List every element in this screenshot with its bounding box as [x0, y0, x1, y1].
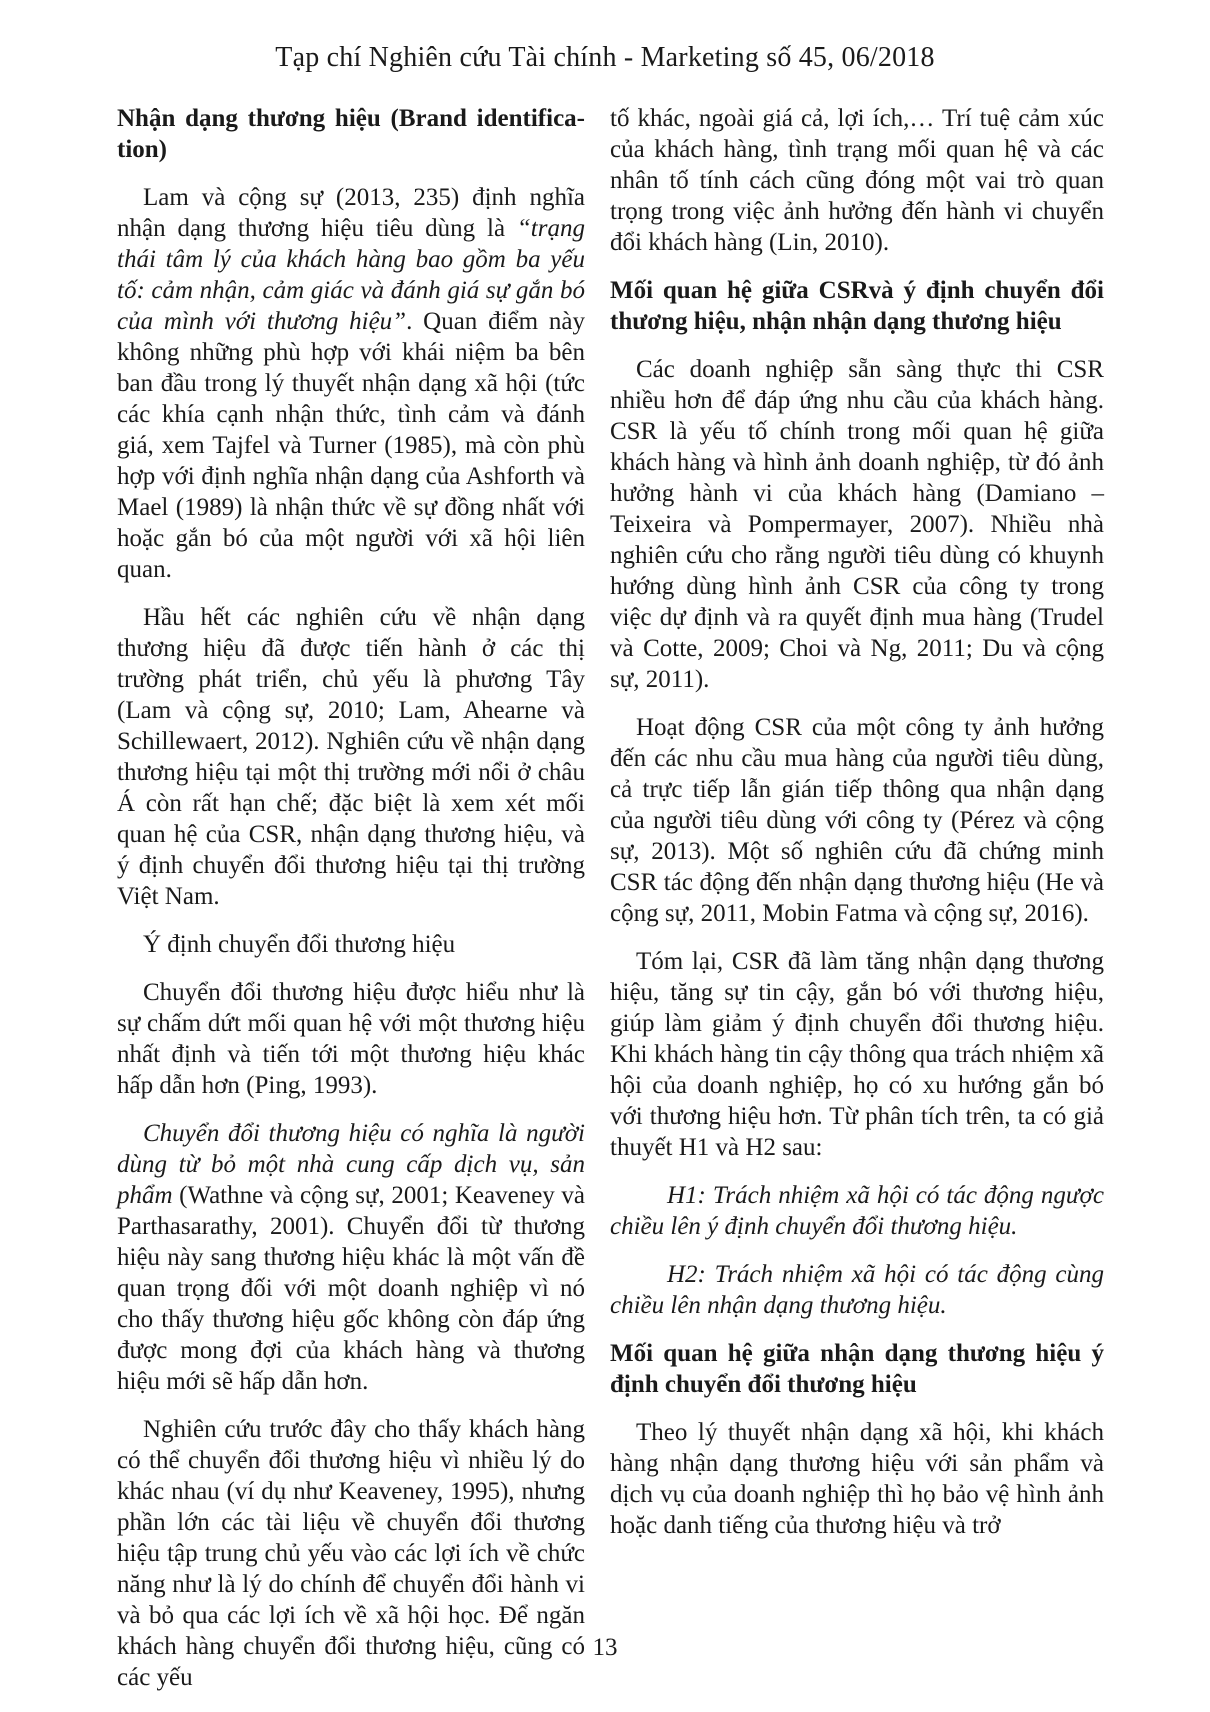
paragraph-switching-meaning: Chuyển đổi thương hiệu có nghĩa là người… — [117, 1118, 585, 1397]
section-heading-identification-switching-relationship: Mối quan hệ giữa nhận dạng thương hiệu ý… — [610, 1338, 1104, 1400]
journal-page: Tạp chí Nghiên cứu Tài chính - Marketing… — [0, 0, 1210, 1712]
heading-line: Mối quan hệ giữa nhận dạng thương hiệu ý — [610, 1338, 1104, 1369]
paragraph-csr-activity-effects: Hoạt động CSR của một công ty ảnh hưởng … — [610, 712, 1104, 929]
text-run: (Wathne và cộng sự, 2001; Keaveney và Pa… — [117, 1182, 585, 1395]
paragraph-switching-reasons-continued: tố khác, ngoài giá cả, lợi ích,… Trí tuệ… — [610, 103, 1104, 258]
paragraph-switching-definition: Chuyển đổi thương hiệu được hiểu như là … — [117, 977, 585, 1101]
hypothesis-h2: H2: Trách nhiệm xã hội có tác động cùng … — [610, 1259, 1104, 1321]
subsection-heading-brand-switching-intention: Ý định chuyển đổi thương hiệu — [117, 929, 585, 960]
paragraph-csr-summary: Tóm lại, CSR đã làm tăng nhận dạng thươn… — [610, 946, 1104, 1163]
section-heading-csr-switching-relationship: Mối quan hệ giữa CSRvà ý định chuyển đổi… — [610, 275, 1104, 337]
heading-line: định chuyển đổi thương hiệu — [610, 1369, 1104, 1400]
page-number: 13 — [0, 1634, 1210, 1662]
right-column: tố khác, ngoài giá cả, lợi ích,… Trí tuệ… — [610, 103, 1104, 1558]
journal-header-title: Tạp chí Nghiên cứu Tài chính - Marketing… — [0, 42, 1210, 74]
paragraph-brand-identification-definition: Lam và cộng sự (2013, 235) định nghĩa nh… — [117, 182, 585, 585]
heading-line: Nhận dạng thương hiệu (Brand identifica- — [117, 103, 585, 134]
heading-line: Mối quan hệ giữa CSRvà ý định chuyển đổi — [610, 275, 1104, 306]
left-column: Nhận dạng thương hiệu (Brand identifica-… — [117, 103, 585, 1710]
text-run: . Quan điểm này không những phù hợp với … — [117, 308, 585, 583]
heading-line: thương hiệu, nhận nhận dạng thương hiệu — [610, 306, 1104, 337]
hypothesis-h1: H1: Trách nhiệm xã hội có tác động ngược… — [610, 1180, 1104, 1242]
paragraph-csr-implementation: Các doanh nghiệp sẵn sàng thực thi CSR n… — [610, 354, 1104, 695]
text-run: Lam và cộng sự (2013, 235) định nghĩa nh… — [117, 184, 585, 242]
paragraph-social-identity-theory: Theo lý thuyết nhận dạng xã hội, khi khá… — [610, 1417, 1104, 1541]
section-heading-brand-identification: Nhận dạng thương hiệu (Brand identifica-… — [117, 103, 585, 165]
paragraph-prior-research-markets: Hầu hết các nghiên cứu về nhận dạng thươ… — [117, 602, 585, 912]
heading-line: tion) — [117, 134, 585, 165]
